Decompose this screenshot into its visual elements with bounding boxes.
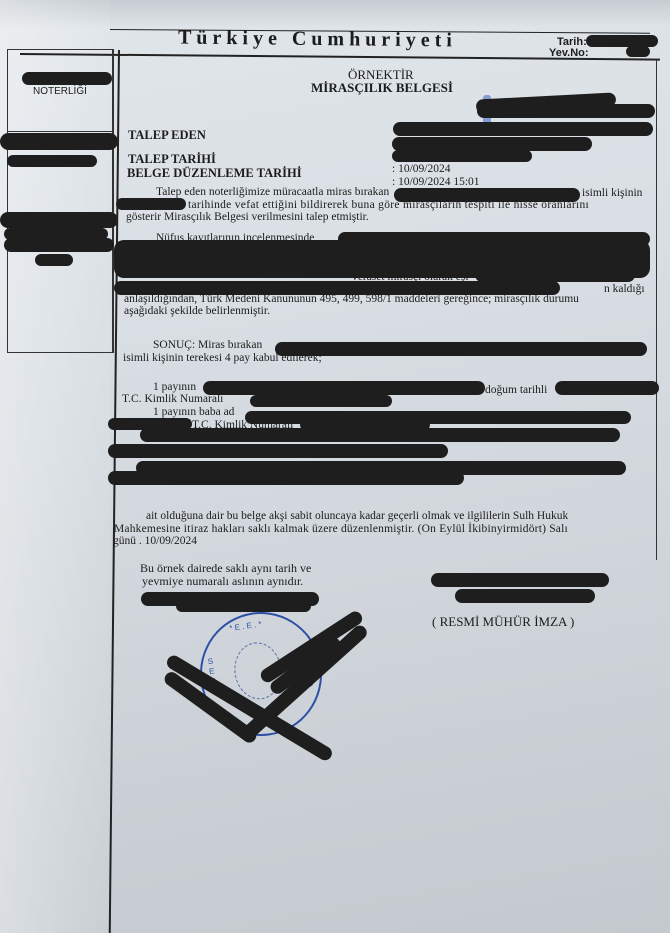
official-seal-signature-label: ( RESMİ MÜHÜR İMZA )	[432, 614, 574, 630]
seal-text-top: * E . E . *	[229, 619, 262, 632]
notary-office-label: NOTERLİĞİ	[33, 86, 87, 97]
para1-line1b: isimli kişinin	[582, 187, 642, 199]
redaction-heir1-birthdate	[555, 381, 659, 395]
redaction-side-1	[0, 133, 118, 150]
heir1-line-b: doğum tarihli	[485, 384, 547, 396]
para1-line2: tarihinde vefat ettiğini bildirerek buna…	[188, 199, 589, 211]
redaction-side-3	[0, 212, 118, 228]
side-panel-divider	[7, 131, 112, 132]
redaction-signer-2	[455, 589, 595, 603]
heir1-line-c: T.C. Kimlik Numaralı	[122, 393, 223, 405]
field-value-request-date: : 10/09/2024	[392, 163, 450, 175]
redaction-heirs-block-3	[475, 268, 635, 282]
main-frame-right	[656, 60, 657, 560]
redaction-heir1-name	[203, 381, 485, 395]
para2-partial-end: n kaldığı	[604, 283, 645, 295]
heir2-line-a: 1 payının baba ad	[153, 406, 234, 418]
redaction-journal-no	[626, 46, 650, 57]
document-title: MİRASÇILIK BELGESİ	[311, 80, 453, 96]
redaction-side-5	[4, 238, 114, 252]
redaction-heirs-4	[108, 444, 448, 458]
field-value-issue-date: : 10/09/2024 15:01	[392, 176, 480, 188]
field-label-request-date: TALEP TARİHİ	[128, 152, 216, 167]
para1-line1a: Talep eden noterliğimize müracaatla mira…	[156, 186, 389, 198]
heir1-line-a: 1 payının	[153, 381, 196, 393]
result-line2: isimli kişinin terekesi 4 pay kabul edil…	[123, 352, 322, 364]
closing-line1: ait olduğuna dair bu belge akşi sabit ol…	[146, 510, 568, 522]
redaction-notary-signature-2	[176, 600, 311, 612]
redaction-signer-1	[431, 573, 609, 587]
para1-line3: gösterir Mirasçılık Belgesi verilmesini …	[126, 211, 369, 223]
para2-line3: aşağıdaki şekilde belirlenmiştir.	[124, 305, 270, 317]
field-label-issue-date: BELGE DÜZENLEME TARİHİ	[127, 166, 302, 181]
redaction-heirs-6	[108, 471, 464, 485]
result-line1: SONUÇ: Miras bırakan	[153, 339, 262, 351]
redaction-notary-name	[22, 72, 112, 85]
closing-line2: Mahkemesine itiraz hakları saklı kalmak …	[114, 523, 568, 535]
redaction-death-date	[116, 198, 186, 210]
field-label-requester: TALEP EDEN	[128, 128, 206, 143]
copy-note-line2: yevmiye numaralı aslının aynıdır.	[142, 574, 303, 589]
redaction-heir1-id	[250, 395, 392, 407]
redaction-date	[586, 35, 658, 47]
redaction-requester-4	[392, 137, 592, 151]
closing-line3: günü . 10/09/2024	[113, 535, 197, 547]
redaction-side-2	[7, 155, 97, 167]
redaction-heirs-3	[140, 428, 620, 442]
redaction-side-6	[35, 254, 73, 266]
redaction-requester-3	[393, 122, 653, 136]
para2-line2: anlaşıldığından, Türk Medeni Kanununun 4…	[124, 293, 579, 305]
redaction-result-deceased	[275, 342, 647, 356]
redaction-requester-5	[392, 150, 532, 162]
state-title: Türkiye Cumhuriyeti	[178, 27, 457, 53]
redaction-requester-2	[477, 104, 655, 118]
